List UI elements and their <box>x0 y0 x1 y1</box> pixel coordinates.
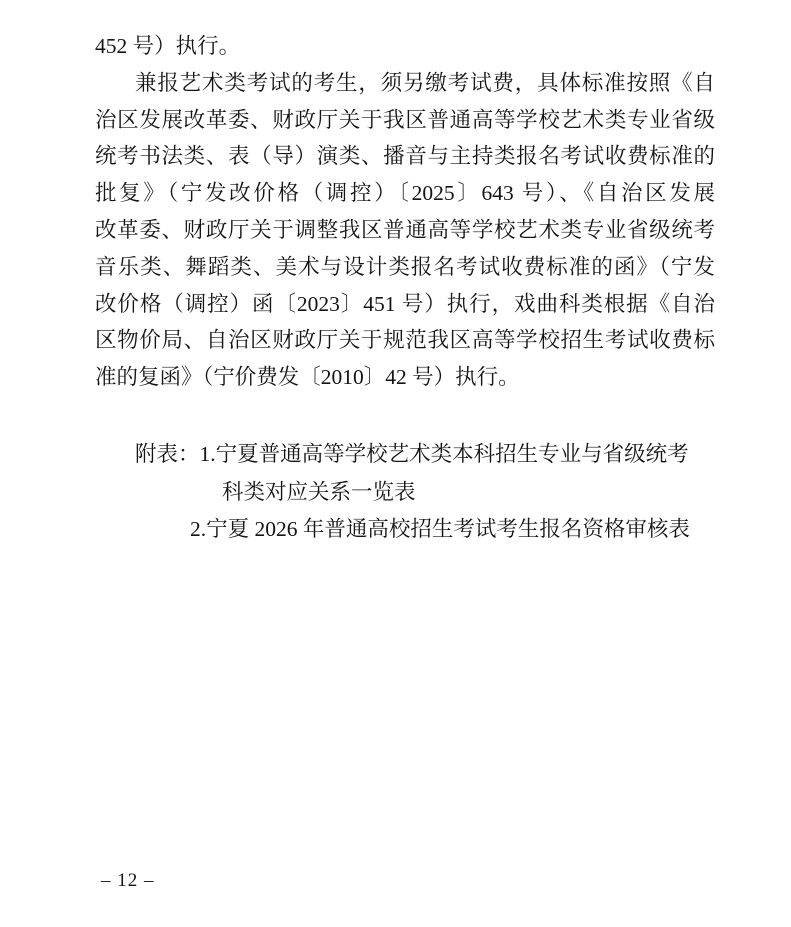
body-line: 治区发展改革委、财政厅关于我区普通高等学校艺术类专业省级 <box>95 102 715 139</box>
body-line: 批复》（宁发改价格（调控）〔2025〕643 号）、《自治区发展 <box>95 175 715 212</box>
body-line: 统考书法类、表（导）演类、播音与主持类报名考试收费标准的 <box>95 138 715 175</box>
body-line: 音乐类、舞蹈类、美术与设计类报名考试收费标准的函》（宁发 <box>95 249 715 286</box>
attachment-item-1-line-1: 附表：1.宁夏普通高等学校艺术类本科招生专业与省级统考 <box>95 436 735 474</box>
body-line: 区物价局、自治区财政厅关于规范我区高等学校招生考试收费标 <box>95 322 715 359</box>
document-page: 452 号）执行。 兼报艺术类考试的考生，须另缴考试费，具体标准按照《自 治区发… <box>0 0 791 927</box>
page-number: – 12 – <box>101 870 155 892</box>
body-line: 准的复函》（宁价费发〔2010〕42 号）执行。 <box>95 359 715 396</box>
attachment-item-1-line-2: 科类对应关系一览表 <box>95 474 735 512</box>
body-paragraphs: 452 号）执行。 兼报艺术类考试的考生，须另缴考试费，具体标准按照《自 治区发… <box>95 28 715 396</box>
body-line: 改价格（调控）函〔2023〕451 号）执行，戏曲科类根据《自治 <box>95 286 715 323</box>
body-line: 改革委、财政厅关于调整我区普通高等学校艺术类专业省级统考 <box>95 212 715 249</box>
attachment-list: 附表：1.宁夏普通高等学校艺术类本科招生专业与省级统考 科类对应关系一览表 2.… <box>95 436 735 549</box>
attachment-item-2: 2.宁夏 2026 年普通高校招生考试考生报名资格审核表 <box>95 511 735 549</box>
body-line: 兼报艺术类考试的考生，须另缴考试费，具体标准按照《自 <box>95 65 715 102</box>
body-line: 452 号）执行。 <box>95 28 715 65</box>
